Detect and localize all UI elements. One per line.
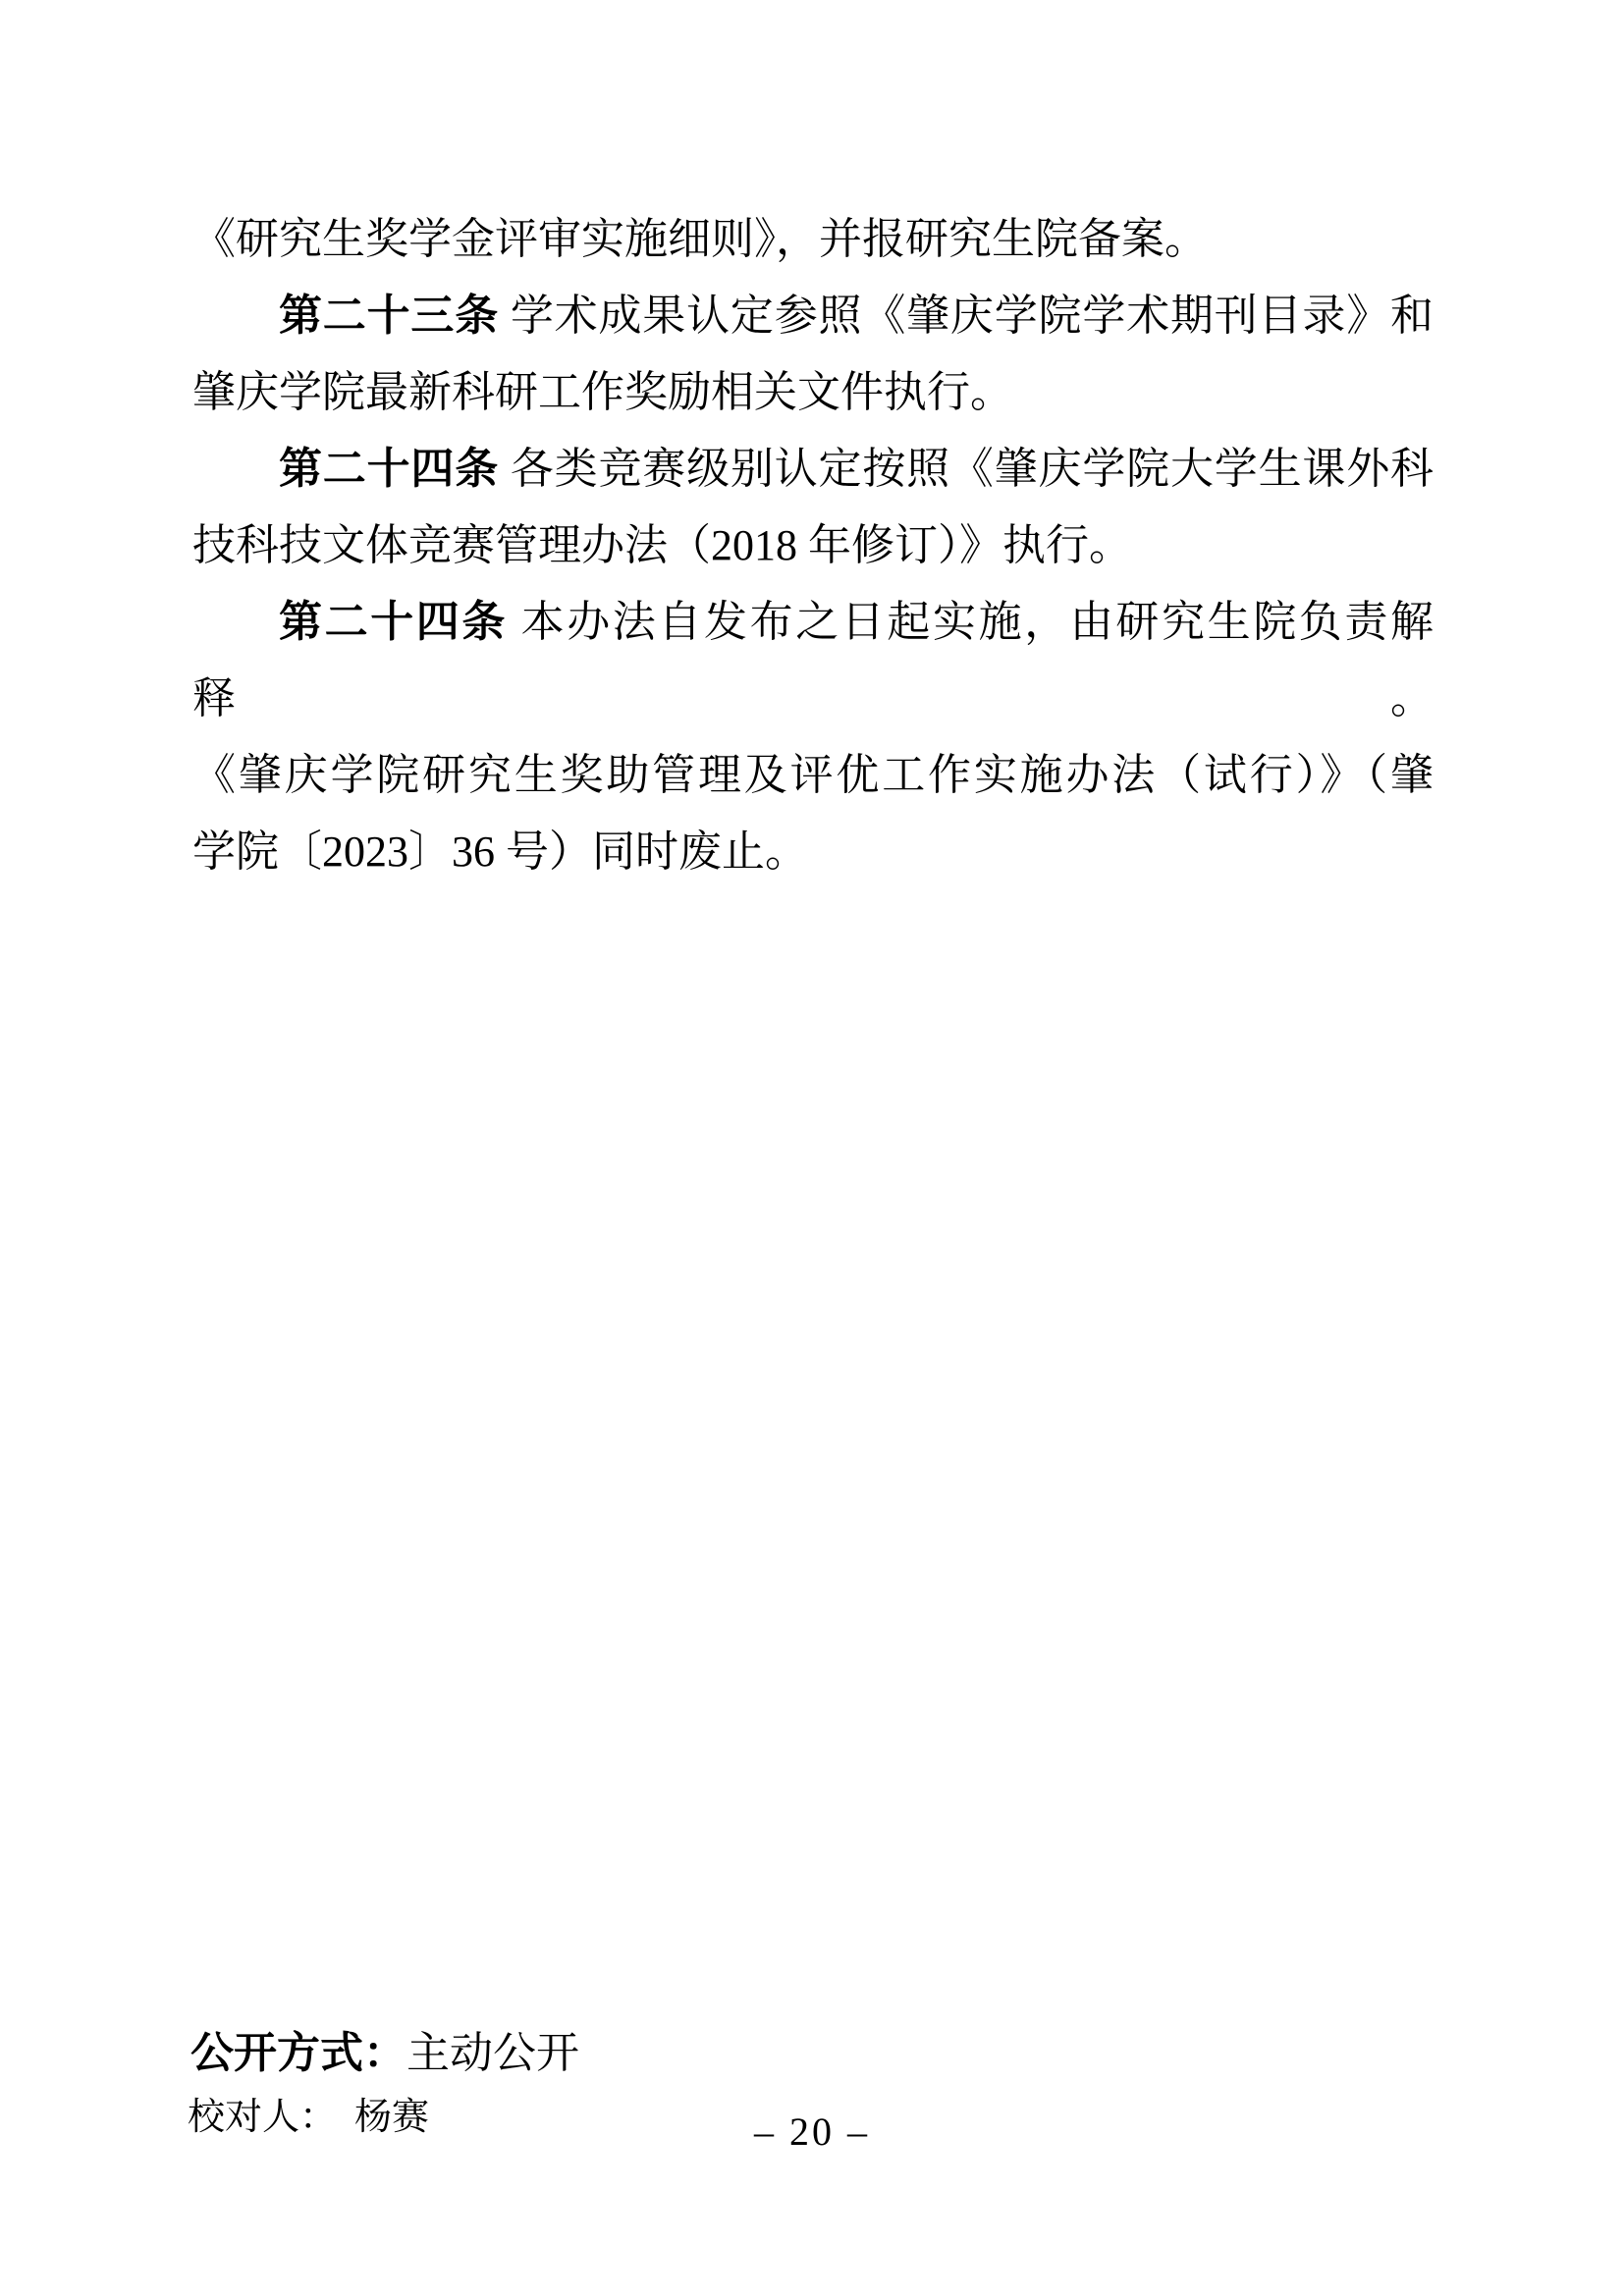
paragraph-line: 《肇庆学院研究生奖助管理及评优工作实施办法（试行）》（肇 (192, 737, 1434, 814)
paragraph-line: 学院〔2023〕36 号）同时废止。 (192, 814, 1434, 890)
page-number: – 20 – (0, 2109, 1624, 2156)
paragraph-text: 《研究生奖学金评审实施细则》，并报研究生院备案。 (192, 215, 1208, 263)
paragraph-text: 学术成果认定参照《肇庆学院学术期刊目录》和 (499, 292, 1434, 340)
paragraph-line: 第二十四条 本办法自发布之日起实施，由研究生院负责解释。 (192, 584, 1434, 737)
article-heading: 第二十四条 (279, 444, 499, 494)
paragraph-text: 学院〔2023〕36 号）同时废止。 (192, 828, 808, 876)
paragraph-line: 肇庆学院最新科研工作奖励相关文件执行。 (192, 354, 1434, 431)
paragraph-line: 《研究生奖学金评审实施细则》，并报研究生院备案。 (192, 201, 1434, 278)
paragraph-text: 《肇庆学院研究生奖助管理及评优工作实施办法（试行）》（肇 (192, 751, 1434, 799)
paragraph-text: 各类竞赛级别认定按照《肇庆学院大学生课外科 (499, 445, 1434, 493)
paragraph-text: 肇庆学院最新科研工作奖励相关文件执行。 (192, 368, 1013, 416)
article-heading: 第二十四条 (279, 597, 508, 647)
paragraph-line: 技科技文体竞赛管理办法（2018 年修订）》执行。 (192, 507, 1434, 584)
paragraph-line: 第二十三条 学术成果认定参照《肇庆学院学术期刊目录》和 (192, 278, 1434, 354)
paragraph-line: 第二十四条 各类竞赛级别认定按照《肇庆学院大学生课外科 (192, 431, 1434, 507)
article-heading: 第二十三条 (279, 291, 499, 341)
publicity-value: 主动公开 (406, 2029, 579, 2077)
paragraph-text: 技科技文体竞赛管理办法（2018 年修订）》执行。 (192, 521, 1132, 569)
document-body: 《研究生奖学金评审实施细则》，并报研究生院备案。 第二十三条 学术成果认定参照《… (192, 201, 1434, 890)
